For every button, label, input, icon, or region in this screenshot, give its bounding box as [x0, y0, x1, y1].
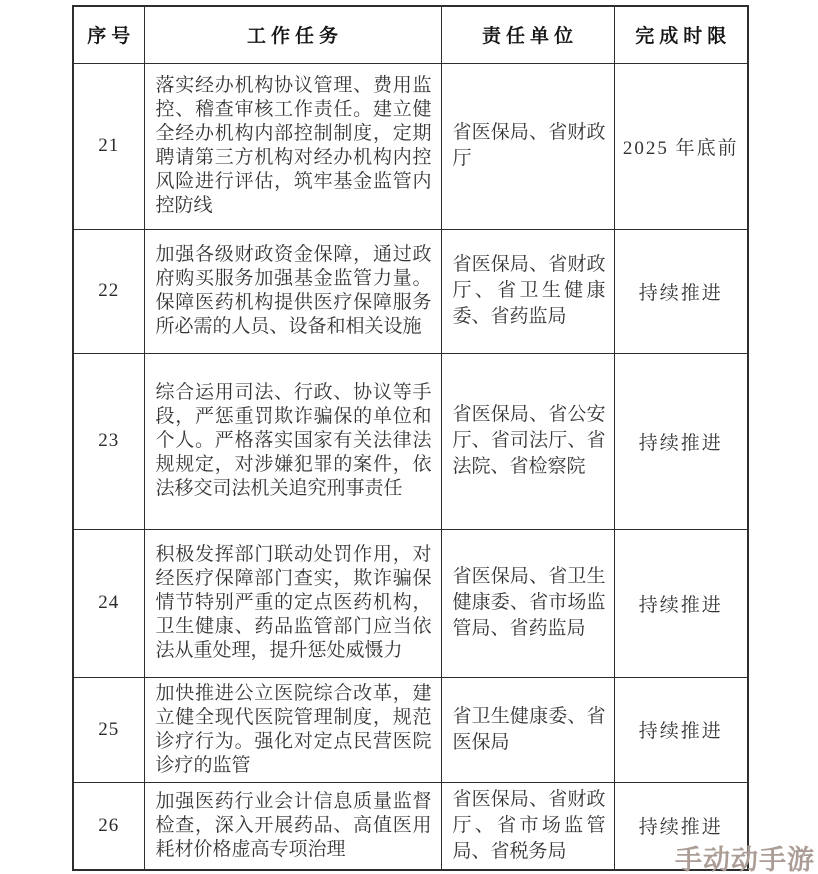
- header-row: 序号 工作任务 责任单位 完成时限: [73, 6, 748, 63]
- cell-task: 落实经办机构协议管理、费用监控、稽查审核工作责任。建立健全经办机构内部控制制度，…: [144, 63, 441, 229]
- cell-unit: 省医保局、省公安厅、省司法厅、省法院、省检察院: [441, 353, 614, 529]
- header-cell-no: 序号: [73, 6, 144, 63]
- document-page: 序号 工作任务 责任单位 完成时限 21 落实经办机构协议管理、费用监控、稽查审…: [0, 0, 818, 874]
- watermark: 手动动手游: [675, 838, 815, 874]
- cell-task: 加强各级财政资金保障，通过政府购买服务加强基金监管力量。保障医药机构提供医疗保障…: [144, 229, 441, 353]
- cell-task: 综合运用司法、行政、协议等手段，严惩重罚欺诈骗保的单位和个人。严格落实国家有关法…: [144, 353, 441, 529]
- cell-deadline: 持续推进: [614, 353, 748, 529]
- table-row: 24 积极发挥部门联动处罚作用，对经医疗保障部门查实，欺诈骗保情节特别严重的定点…: [73, 529, 748, 677]
- table-row: 21 落实经办机构协议管理、费用监控、稽查审核工作责任。建立健全经办机构内部控制…: [73, 63, 748, 229]
- cell-unit: 省卫生健康委、省医保局: [441, 677, 614, 782]
- cell-unit: 省医保局、省卫生健康委、省市场监管局、省药监局: [441, 529, 614, 677]
- table-body: 21 落实经办机构协议管理、费用监控、稽查审核工作责任。建立健全经办机构内部控制…: [73, 63, 748, 870]
- header-cell-task: 工作任务: [144, 6, 441, 63]
- cell-deadline: 持续推进: [614, 529, 748, 677]
- cell-deadline: 2025 年底前: [614, 63, 748, 229]
- cell-task: 积极发挥部门联动处罚作用，对经医疗保障部门查实，欺诈骗保情节特别严重的定点医药机…: [144, 529, 441, 677]
- header-cell-deadline: 完成时限: [614, 6, 748, 63]
- cell-unit: 省医保局、省财政厅、省卫生健康委、省药监局: [441, 229, 614, 353]
- cell-task: 加强医药行业会计信息质量监督检查，深入开展药品、高值医用耗材价格虚高专项治理: [144, 782, 441, 870]
- header-cell-unit: 责任单位: [441, 6, 614, 63]
- cell-no: 21: [73, 63, 144, 229]
- cell-deadline: 持续推进: [614, 229, 748, 353]
- cell-unit: 省医保局、省财政厅、省市场监管局、省税务局: [441, 782, 614, 870]
- cell-no: 25: [73, 677, 144, 782]
- table-row: 26 加强医药行业会计信息质量监督检查，深入开展药品、高值医用耗材价格虚高专项治…: [73, 782, 748, 870]
- cell-unit: 省医保局、省财政厅: [441, 63, 614, 229]
- cell-task: 加快推进公立医院综合改革，建立健全现代医院管理制度，规范诊疗行为。强化对定点民营…: [144, 677, 441, 782]
- table-row: 22 加强各级财政资金保障，通过政府购买服务加强基金监管力量。保障医药机构提供医…: [73, 229, 748, 353]
- cell-deadline: 持续推进: [614, 677, 748, 782]
- table-row: 25 加快推进公立医院综合改革，建立健全现代医院管理制度，规范诊疗行为。强化对定…: [73, 677, 748, 782]
- task-table: 序号 工作任务 责任单位 完成时限 21 落实经办机构协议管理、费用监控、稽查审…: [72, 5, 749, 871]
- cell-no: 26: [73, 782, 144, 870]
- cell-no: 23: [73, 353, 144, 529]
- table-row: 23 综合运用司法、行政、协议等手段，严惩重罚欺诈骗保的单位和个人。严格落实国家…: [73, 353, 748, 529]
- cell-no: 22: [73, 229, 144, 353]
- cell-no: 24: [73, 529, 144, 677]
